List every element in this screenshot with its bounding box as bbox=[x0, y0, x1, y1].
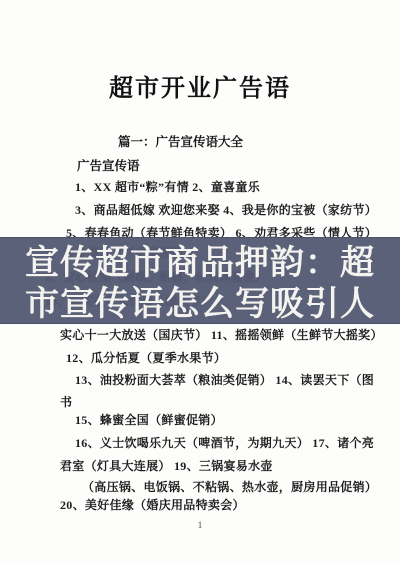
doc-line: 书 bbox=[60, 393, 72, 410]
doc-line: 君室（灯具大连展） 19、三锅宴易水壶 bbox=[60, 457, 273, 474]
section-heading: 篇一：广告宣传语大全 bbox=[118, 132, 243, 150]
doc-line: 15、蜂蜜全国（鲜蜜促销） bbox=[75, 411, 223, 428]
doc-line: 16、义士饮喝乐九天（啤酒节，为期九天） 17、诸个亮 bbox=[75, 434, 374, 451]
doc-line: 12、瓜分恬夏（夏季水果节） bbox=[66, 349, 226, 366]
doc-line: 3、商品超低嫁 欢迎您来娶 4、我是你的宝被（家纺节） bbox=[75, 201, 377, 218]
doc-line: 实心十一大放送（国庆节） 11、摇摇领鲜（生鲜节大摇奖） bbox=[60, 326, 383, 343]
doc-line: 13、油投粉面大荟萃（粮油类促销） 14、读罢天下（图 bbox=[75, 371, 374, 388]
page-number: 1 bbox=[0, 520, 400, 530]
doc-line: 20、美好佳缘（婚庆用品特卖会） bbox=[60, 496, 245, 513]
doc-line: 1、XX 超市“粽”有情 2、童喜童乐 bbox=[75, 178, 260, 195]
overlay-headline-line1: 宣传超市商品押韵：超 bbox=[0, 243, 400, 284]
subheading: 广告宣传语 bbox=[77, 156, 140, 174]
document-title: 超市开业广告语 bbox=[0, 68, 400, 103]
overlay-headline-line2: 市宣传语怎么写吸引人 bbox=[0, 284, 400, 325]
overlay-headline: 宣传超市商品押韵：超 市宣传语怎么写吸引人 bbox=[0, 243, 400, 325]
document-page: 超市开业广告语 篇一：广告宣传语大全 广告宣传语 1、XX 超市“粽”有情 2、… bbox=[0, 0, 400, 565]
doc-line: （高压锅、电饭锅、不粘锅、热水壶，厨房用品促销） bbox=[82, 478, 377, 495]
overlay-band: 7、步步高升（开学季促销） 8、安心检测（耐刷、耐磨、玩具体验会） 10、实实在… bbox=[0, 237, 400, 324]
